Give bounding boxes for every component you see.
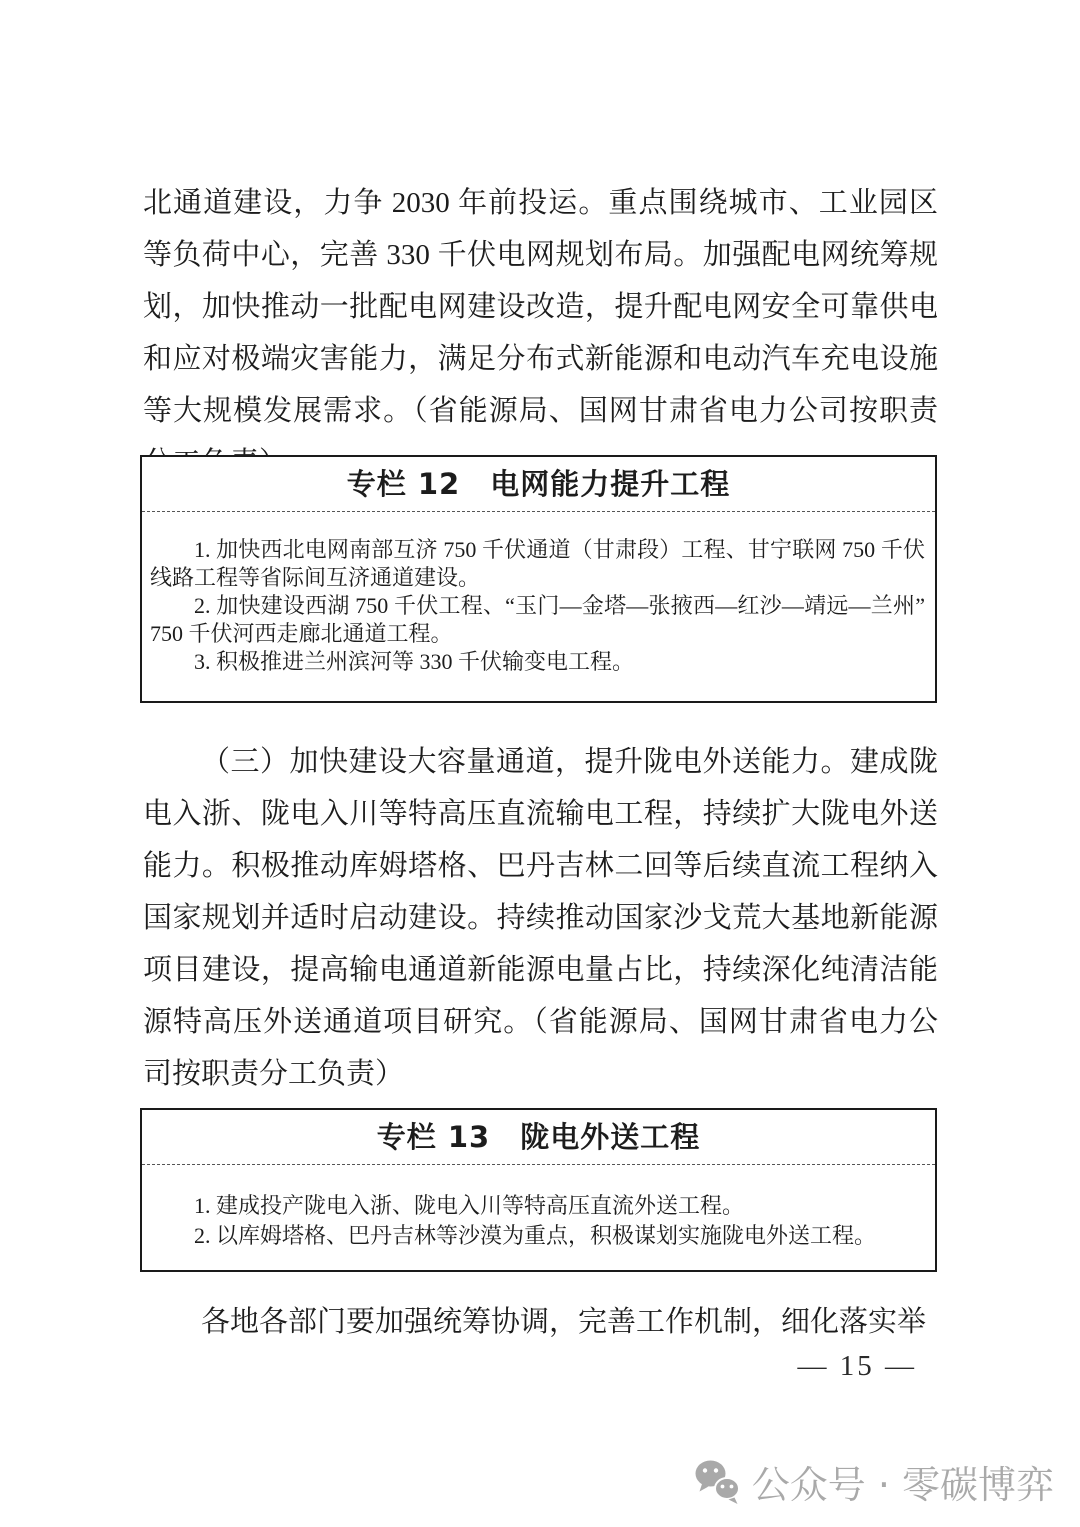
wechat-watermark: 公众号 · 零碳博弈 <box>692 1454 1054 1509</box>
box-12-body: 1. 加快西北电网南部互济 750 千伏通道（甘肃段）工程、甘宁联网 750 千… <box>142 512 935 676</box>
column-box-13: 专栏 13 陇电外送工程 1. 建成投产陇电入浙、陇电入川等特高压直流外送工程。… <box>140 1108 937 1272</box>
box-12-item-2: 2. 加快建设西湖 750 千伏工程、“玉门—金塔—张掖西—红沙—靖远—兰州” … <box>150 592 925 648</box>
body-paragraph-2: （三）加快建设大容量通道，提升陇电外送能力。建成陇电入浙、陇电入川等特高压直流输… <box>143 736 938 1100</box>
box-13-title: 专栏 13 陇电外送工程 <box>142 1110 935 1165</box>
watermark-label: 公众号 · 零碳博弈 <box>752 1454 1054 1509</box>
box-13-item-1: 1. 建成投产陇电入浙、陇电入川等特高压直流外送工程。 <box>150 1191 925 1221</box>
box-12-item-3: 3. 积极推进兰州滨河等 330 千伏输变电工程。 <box>150 648 925 676</box>
box-13-body: 1. 建成投产陇电入浙、陇电入川等特高压直流外送工程。 2. 以库姆塔格、巴丹吉… <box>142 1165 935 1251</box>
document-page: 北通道建设，力争 2030 年前投运。重点围绕城市、工业园区等负荷中心，完善 3… <box>0 0 1080 1527</box>
closing-paragraph: 各地各部门要加强统筹协调，完善工作机制，细化落实举 <box>143 1296 938 1348</box>
body-paragraph-1: 北通道建设，力争 2030 年前投运。重点围绕城市、工业园区等负荷中心，完善 3… <box>143 177 938 489</box>
page-number: — 15 — <box>798 1350 918 1383</box>
column-box-12: 专栏 12 电网能力提升工程 1. 加快西北电网南部互济 750 千伏通道（甘肃… <box>140 455 937 703</box>
section-heading-lead: （三）加快建设大容量通道，提升陇电外送能力。 <box>201 746 850 778</box>
box-12-title: 专栏 12 电网能力提升工程 <box>142 457 935 512</box>
box-12-item-1: 1. 加快西北电网南部互济 750 千伏通道（甘肃段）工程、甘宁联网 750 千… <box>150 536 925 592</box>
box-13-item-2: 2. 以库姆塔格、巴丹吉林等沙漠为重点，积极谋划实施陇电外送工程。 <box>150 1221 925 1251</box>
wechat-icon <box>692 1457 742 1507</box>
section-body-text: 建成陇电入浙、陇电入川等特高压直流输电工程，持续扩大陇电外送能力。积极推动库姆塔… <box>143 746 938 1090</box>
